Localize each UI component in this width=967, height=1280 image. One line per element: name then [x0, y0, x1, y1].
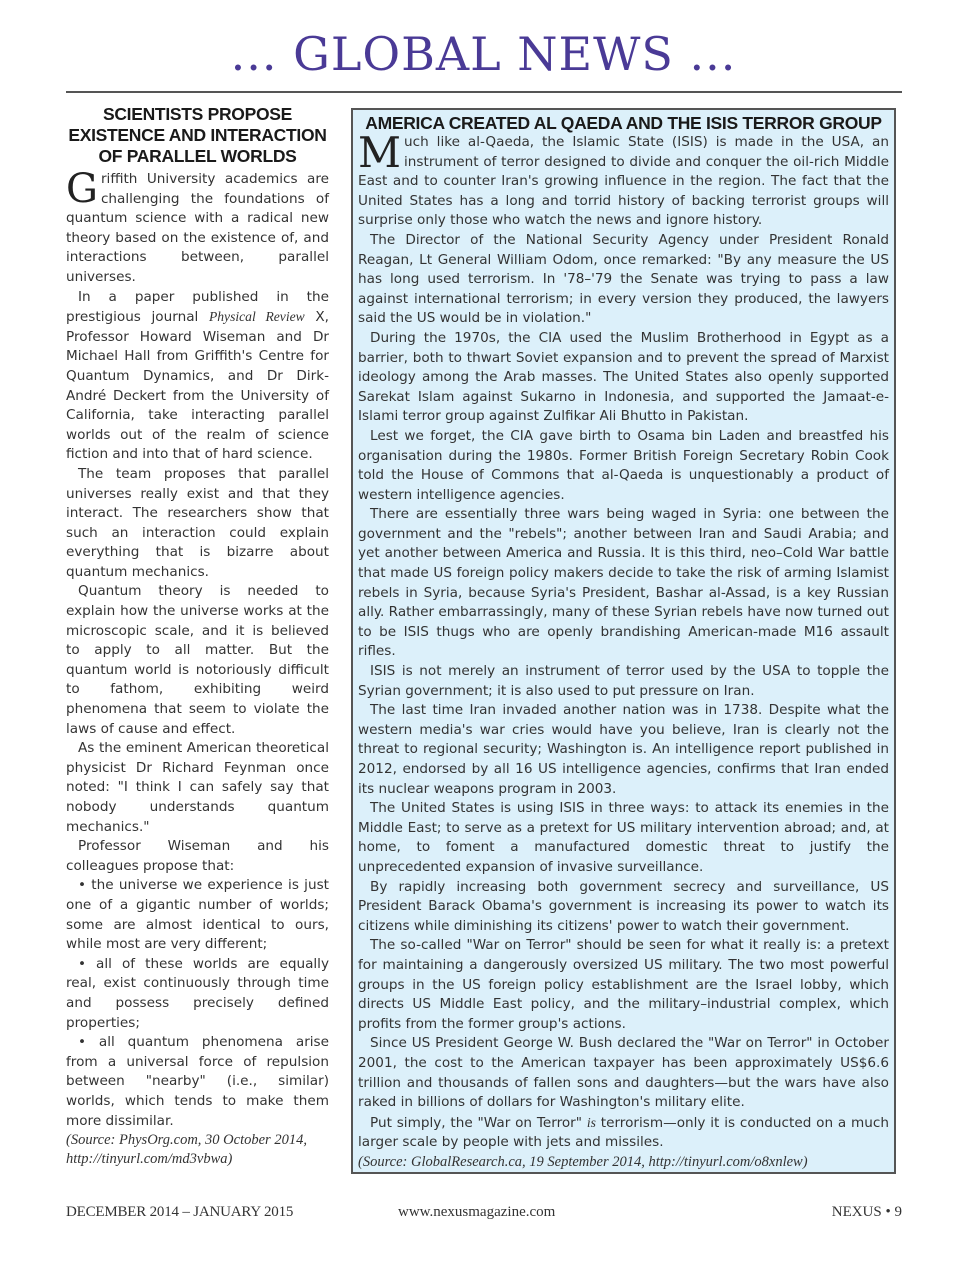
article-paragraph: During the 1970s, the CIA used the Musli…	[358, 329, 889, 427]
journal-title: Physical Review	[209, 309, 305, 324]
bullet-item: • the universe we experience is just one…	[66, 876, 329, 954]
article-paragraph: The Director of the National Security Ag…	[358, 231, 889, 329]
drop-cap: G	[66, 172, 98, 206]
page-number: NEXUS • 9	[832, 1204, 902, 1221]
article-paragraph: ISIS is not merely an instrument of terr…	[358, 662, 889, 701]
emphasis: is	[587, 1115, 596, 1130]
source-citation: (Source: GlobalResearch.ca, 19 September…	[358, 1153, 889, 1172]
article-paragraph: As the eminent American theoretical phys…	[66, 739, 329, 837]
article-paragraph: In a paper published in the prestigious …	[66, 288, 329, 465]
title-divider	[66, 91, 902, 93]
article-paragraph: The last time Iran invaded another natio…	[358, 701, 889, 799]
article-paragraph: There are essentially three wars being w…	[358, 505, 889, 662]
article-paragraph: Griffith University academics are challe…	[66, 170, 329, 288]
page-footer: DECEMBER 2014 – JANUARY 2015 www.nexusma…	[66, 1204, 902, 1224]
article-paragraph: Professor Wiseman and his colleagues pro…	[66, 837, 329, 876]
article-paragraph: Much like al-Qaeda, the Islamic State (I…	[358, 133, 889, 231]
bullet-item: • all of these worlds are equally real, …	[66, 955, 329, 1033]
article-isis-box: AMERICA CREATED AL QAEDA AND THE ISIS TE…	[351, 108, 896, 1174]
source-citation: (Source: PhysOrg.com, 30 October 2014, h…	[66, 1131, 329, 1169]
article-headline: SCIENTISTS PROPOSE EXISTENCE AND INTERAC…	[66, 104, 329, 167]
page-title: ... GLOBAL NEWS ...	[0, 24, 967, 84]
article-headline: AMERICA CREATED AL QAEDA AND THE ISIS TE…	[358, 113, 889, 133]
drop-cap: M	[358, 135, 401, 171]
article-paragraph: The so-called "War on Terror" should be …	[358, 936, 889, 1034]
website-link[interactable]: www.nexusmagazine.com	[398, 1204, 555, 1221]
article-paragraph: Quantum theory is needed to explain how …	[66, 582, 329, 739]
article-parallel-worlds: SCIENTISTS PROPOSE EXISTENCE AND INTERAC…	[66, 104, 329, 1169]
article-paragraph: By rapidly increasing both government se…	[358, 878, 889, 937]
article-paragraph: Put simply, the "War on Terror" is terro…	[358, 1113, 889, 1153]
bullet-item: • all quantum phenomena arise from a uni…	[66, 1033, 329, 1131]
article-paragraph: The United States is using ISIS in three…	[358, 799, 889, 877]
article-paragraph: Lest we forget, the CIA gave birth to Os…	[358, 427, 889, 505]
article-paragraph: The team proposes that parallel universe…	[66, 465, 329, 583]
issue-date: DECEMBER 2014 – JANUARY 2015	[66, 1204, 293, 1221]
article-paragraph: Since US President George W. Bush declar…	[358, 1034, 889, 1112]
